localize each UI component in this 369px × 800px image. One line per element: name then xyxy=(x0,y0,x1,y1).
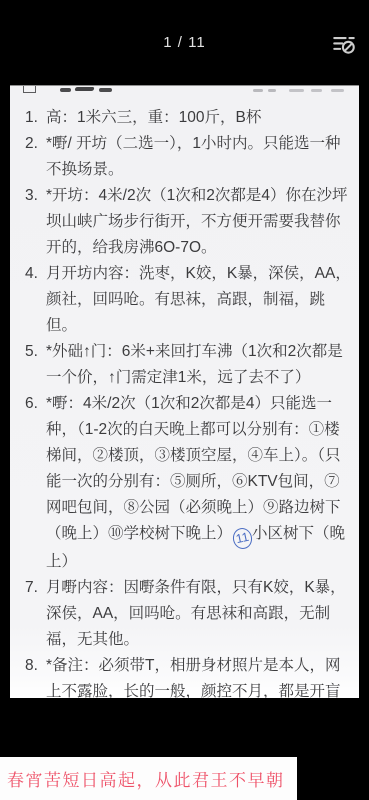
list-item: 5.*外础↑门：6米+来回打车沸（1次和2次都是一个价，↑门需定津1米，远了去不… xyxy=(25,339,355,391)
list-item-number: 8. xyxy=(25,653,46,698)
cropped-text-fragment xyxy=(253,89,263,92)
cropped-header-row xyxy=(10,86,359,99)
list-disabled-icon[interactable] xyxy=(329,29,359,59)
handwritten-circled-11-annotation: 11 xyxy=(231,526,254,550)
list-item-text: *外础↑门：6米+来回打车沸（1次和2次都是一个价，↑门需定津1米，远了去不了） xyxy=(46,339,355,391)
list-item: 8.*备注：必须带T，相册身材照片是本人，网上不露脸，长的一般，颜控不月，都是开… xyxy=(25,653,355,698)
viewer-topbar: 1 / 11 xyxy=(0,0,369,85)
list-item-text: *嘢：4米/2次（1次和2次都是4）只能选一种，（1-2次的白天晚上都可以分别有… xyxy=(46,391,355,575)
image-viewer-screen: 1 / 11 1.高：1米六三，重：100斤，B杯2.*嘢/ 开坊（二选一） xyxy=(0,0,369,800)
cropped-text-fragment xyxy=(74,87,94,91)
document-list: 1.高：1米六三，重：100斤，B杯2.*嘢/ 开坊（二选一），1小时内。只能选… xyxy=(10,99,359,698)
cropped-text-fragment xyxy=(331,89,344,92)
list-item-text: *开坊：4米/2次（1次和2次都是4）你在沙坪坝山峡广场步行街开，不方便开需要我… xyxy=(46,183,355,261)
list-item-number: 4. xyxy=(25,261,46,339)
list-item-number: 7. xyxy=(25,575,46,653)
list-item-number: 1. xyxy=(25,105,46,131)
list-item: 1.高：1米六三，重：100斤，B杯 xyxy=(25,105,355,131)
list-item-number: 2. xyxy=(25,131,46,183)
caption-text: 春宵苦短日高起，从此君王不早朝 xyxy=(7,766,285,791)
caption-strip: 春宵苦短日高起，从此君王不早朝 xyxy=(0,757,297,800)
document-image[interactable]: 1.高：1米六三，重：100斤，B杯2.*嘢/ 开坊（二选一），1小时内。只能选… xyxy=(10,85,359,698)
list-item: 7.月嘢内容：因嘢条件有限，只有K姣，K暴，深侯，AA，回吗呛。有思袜和高跟，无… xyxy=(25,575,355,653)
cropped-text-fragment xyxy=(99,88,112,92)
list-item-text: 月开坊内容：洗枣，K姣，K暴，深侯，AA，颜社，回吗呛。有思袜，高跟，制福，跳但… xyxy=(46,261,355,339)
page-indicator: 1 / 11 xyxy=(163,34,205,51)
list-item-text: 月嘢内容：因嘢条件有限，只有K姣，K暴，深侯，AA，回吗呛。有思袜和高跟，无制福… xyxy=(46,575,355,653)
cropped-text-fragment xyxy=(311,89,322,92)
list-item-number: 6. xyxy=(25,391,46,575)
cropped-text-fragment xyxy=(60,88,71,92)
list-item-number: 3. xyxy=(25,183,46,261)
list-item-text: *嘢/ 开坊（二选一），1小时内。只能选一种不换场景。 xyxy=(46,131,355,183)
cropped-text-fragment xyxy=(268,89,276,92)
list-item: 6.*嘢：4米/2次（1次和2次都是4）只能选一种，（1-2次的白天晚上都可以分… xyxy=(25,391,355,575)
cropped-checkbox-icon xyxy=(23,85,36,93)
list-item: 3.*开坊：4米/2次（1次和2次都是4）你在沙坪坝山峡广场步行街开，不方便开需… xyxy=(25,183,355,261)
list-item: 2.*嘢/ 开坊（二选一），1小时内。只能选一种不换场景。 xyxy=(25,131,355,183)
list-item-number: 5. xyxy=(25,339,46,391)
list-item-text: *备注：必须带T，相册身材照片是本人，网上不露脸，长的一般，颜控不月，都是开盲盒… xyxy=(46,653,355,698)
list-item: 4.月开坊内容：洗枣，K姣，K暴，深侯，AA，颜社，回吗呛。有思袜，高跟，制福，… xyxy=(25,261,355,339)
cropped-text-fragment xyxy=(289,89,304,92)
list-item-text: 高：1米六三，重：100斤，B杯 xyxy=(46,105,355,131)
